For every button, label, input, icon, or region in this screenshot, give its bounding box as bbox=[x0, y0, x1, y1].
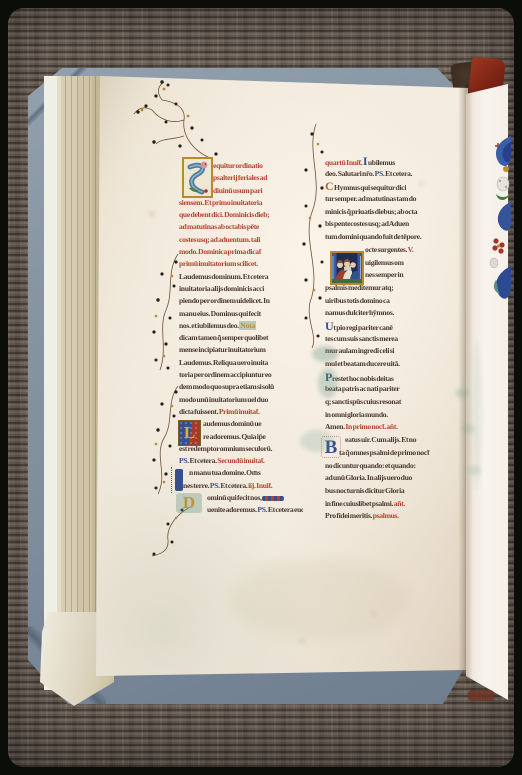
illuminated-initial-L: L bbox=[178, 420, 201, 446]
text-segment-ink: Hymnus qui sequitur dici bbox=[333, 183, 406, 192]
text-segment-ink: re adoremus. Quia ip̄e bbox=[203, 432, 266, 441]
text-segment-ink: in omni gloria mundo. bbox=[325, 410, 388, 419]
text-segment-ink: mul et beatam ducere uitā. bbox=[325, 359, 400, 368]
manuscript-text-line: no dicuntur quando: et quando: bbox=[325, 460, 455, 473]
text-segment-rubric: V. bbox=[408, 245, 414, 254]
text-segment-ink: bus nocturnis dicitur Gloria bbox=[325, 486, 404, 495]
text-segment-ink: piendo per ordinem uidelicet. In bbox=[179, 296, 270, 305]
text-segment-ink: Et cetera. bbox=[385, 169, 412, 178]
manuscript-text-line: tur semper. ad matutinas tam do bbox=[325, 193, 455, 206]
manuscript-text-line: tes cum suis sanctis merea bbox=[325, 333, 455, 346]
text-segment-ink: ta q̃ omnes psalmi de primo noct̄ bbox=[339, 448, 429, 457]
text-segment-rubric: Secundū inuitat̄. bbox=[217, 456, 264, 465]
manuscript-text-line: inuitatoria alijs dominicis acci bbox=[179, 283, 303, 295]
illuminated-initial-D: D bbox=[176, 493, 202, 513]
text-segment-blue: PS. bbox=[257, 505, 267, 514]
text-segment-rubric: psalterij feriales ad bbox=[213, 173, 267, 182]
text-segment-ink: modo unū inuitatorium uel duo bbox=[179, 395, 268, 404]
text-segment-ink: uiribus totis domino ca bbox=[325, 296, 390, 305]
text-segment-blue: PS. bbox=[375, 169, 385, 178]
text-segment-ink: Et cetera euouae. bbox=[268, 505, 303, 514]
text-segment-ink: uenite adoremus. bbox=[207, 505, 257, 514]
manuscript-text-line: dicta fuissent. Primū inuitat̄. bbox=[179, 406, 303, 418]
manuscript-text-line: costes usq; ad aduentum. tali bbox=[179, 234, 303, 246]
manuscript-text-line: C Hymnus qui sequitur dici bbox=[325, 180, 455, 193]
manuscript-text-line: mur aulam ingredi celi si bbox=[325, 345, 455, 358]
manuscript-text-line: namus dulciter hȳmnos. bbox=[325, 307, 455, 320]
illuminated-initial-S-dragon bbox=[182, 157, 213, 198]
text-segment-ink: restet hoc nobis deitas bbox=[332, 374, 393, 383]
text-segment-ink: manu eius. Dominus qui fecit bbox=[179, 309, 261, 318]
text-segment-ink: in fine cuiuslibet psalmi. bbox=[325, 499, 394, 508]
text-segment-ink: no dicuntur quando: et quando: bbox=[325, 461, 416, 470]
foxing-spot bbox=[300, 640, 304, 643]
text-segment-ink: ubilemus bbox=[367, 158, 395, 167]
text-segment-rubric: modo. Dominica prima dicat̄ bbox=[179, 247, 261, 256]
green-offset-stain bbox=[312, 346, 338, 362]
text-segment-rubric: Primū inuitat̄. bbox=[219, 407, 260, 416]
text-segment-ink: tes cum suis sanctis merea bbox=[325, 334, 398, 343]
manuscript-text-line: ta q̃ omnes psalmi de primo noct̄ bbox=[325, 447, 455, 460]
manuscript-text-line: Pro fidei meritis. psalmus. bbox=[325, 510, 455, 523]
text-segment-ink: nes semper in bbox=[365, 270, 403, 279]
text-segment-blue: PS. bbox=[210, 481, 220, 490]
text-segment-ink: n manu tua domine. Om̄s bbox=[189, 468, 260, 477]
text-segment-ink: Laudemus. Reliqua uero inuita bbox=[179, 358, 268, 367]
text-segment-rubric: iij. Inuit̄. bbox=[248, 481, 272, 490]
manuscript-text-line: q; sancti spūs cuius resonat bbox=[325, 396, 455, 409]
text-segment-ink: tum domini quando fuit de tēpore. bbox=[325, 232, 421, 241]
text-segment-ink: uigilemus om bbox=[365, 258, 404, 267]
text-segment-rubric: psalmus. bbox=[373, 511, 399, 520]
text-segment-ink: tur semper. ad matutinas tam do bbox=[325, 194, 416, 203]
text-segment-ink: Laudemus dominum. Et cetera bbox=[179, 272, 268, 281]
manuscript-text-line: quartū Inuit̄. I ubilemus bbox=[325, 155, 455, 168]
text-segment-rubric: equitur ordinatio bbox=[213, 161, 263, 170]
foxing-spot bbox=[420, 182, 423, 185]
manuscript-text-line: ad matutinas ab octabis pēte bbox=[179, 221, 303, 233]
historiated-initial-N-singing-monks bbox=[330, 251, 364, 285]
text-segment-rubric: In primo noct̄. añt. bbox=[345, 422, 397, 431]
text-segment-rubric: añt. bbox=[394, 499, 405, 508]
manuscript-text-line: mul et beatam ducere uitā. bbox=[325, 358, 455, 371]
text-segment-ink: dem modo quo supra etiam si solū bbox=[179, 382, 274, 391]
manuscript-text-line: Amen. In primo noct̄. añt. bbox=[325, 421, 455, 434]
foxing-spot bbox=[372, 612, 375, 615]
text-segment-ink: nos. et iubilemus deo. bbox=[179, 321, 239, 330]
photo-of-manuscript: equitur ordinatiopsalterij feriales addi… bbox=[0, 0, 522, 775]
manuscript-text-line: in fine cuiuslibet psalmi. añt. bbox=[325, 498, 455, 511]
manuscript-text-line: Laudemus. Reliqua uero inuita bbox=[179, 357, 303, 369]
text-segment-ink: mense incipiatur inuitatorium bbox=[179, 345, 266, 354]
text-segment-rubric: diuinū usum pari bbox=[213, 186, 262, 195]
manuscript-text-line: ad unū Gloria. In alijs uero duo bbox=[325, 472, 455, 485]
text-segment-ink: dicta fuissent. bbox=[179, 407, 219, 416]
manuscript-text-line: deo. Salutari nr̄o. PS. Et cetera. bbox=[325, 168, 455, 181]
manuscript-text-line: Ut pio regi pariter canē bbox=[325, 320, 455, 333]
foxing-spot bbox=[150, 212, 154, 216]
illuminated-initial-I bbox=[175, 469, 183, 491]
manuscript-text-line: Prestet hoc nobis deitas bbox=[325, 371, 455, 384]
manuscript-text-line: minicis q̃ priuatis diebus; ab octa bbox=[325, 206, 455, 219]
floral-border-fragment bbox=[482, 132, 512, 307]
green-offset-stain bbox=[318, 368, 338, 398]
text-segment-rubric: quartū Inuit̄. bbox=[325, 158, 363, 167]
manuscript-text-line: tum domini quando fuit de tēpore. bbox=[325, 231, 455, 244]
text-segment-rubric: costes usq; ad aduentum. tali bbox=[179, 235, 260, 244]
manuscript-text-line: bis pentecostes usq; ad Aduen bbox=[325, 218, 455, 231]
faint-show-through bbox=[472, 340, 482, 490]
manuscript-text-line: Laudemus dominum. Et cetera bbox=[179, 271, 303, 283]
text-segment-ink: fines terre. bbox=[179, 481, 210, 490]
ivy-spray-top-left bbox=[132, 80, 224, 168]
text-segment-ink: toria per ordinem accipiuntur eo bbox=[179, 370, 271, 379]
manuscript-text-line: que debent dici. Dominicis dieb; bbox=[179, 209, 303, 221]
book-page-edges bbox=[44, 76, 102, 690]
manuscript-text-line: in omni gloria mundo. bbox=[325, 409, 455, 422]
manuscript-text-line: modo unū inuitatorium uel duo bbox=[179, 394, 303, 406]
text-segment-ink: inuitatoria alijs dominicis acci bbox=[179, 284, 264, 293]
text-segment-ink: bis pentecostes usq; ad Aduen bbox=[325, 219, 409, 228]
text-segment-ink: q; sancti spūs cuius resonat bbox=[325, 397, 401, 406]
manuscript-text-line: mense incipiatur inuitatorium bbox=[179, 344, 303, 356]
text-segment-ink: dicam tamen q̃ semper quolibet bbox=[179, 333, 268, 342]
manuscript-text-line: eatus uir. Cum alijs. Et no bbox=[325, 434, 455, 447]
text-segment-ink: eatus uir. Cum alijs. Et no bbox=[345, 435, 416, 444]
text-segment-rubric: que debent dici. Dominicis dieb; bbox=[179, 210, 269, 219]
manuscript-text-line: PS. Et cetera. Secundū inuitat̄. bbox=[179, 455, 303, 467]
manuscript-text-line: n manu tua domine. Om̄s bbox=[179, 467, 303, 479]
green-offset-stain bbox=[300, 430, 334, 452]
manuscript-text-line: beata patris ac nati pariter bbox=[325, 383, 455, 396]
text-segment-rubric: primū inuitatorium scilicet. bbox=[179, 259, 258, 268]
manuscript-text-line: primū inuitatorium scilicet. bbox=[179, 258, 303, 270]
manuscript-text-line: toria per ordinem accipiuntur eo bbox=[179, 369, 303, 381]
text-segment-rubric: ad matutinas ab octabis pēte bbox=[179, 222, 259, 231]
manuscript-text-line: fines terre. PS. Et cetera. iij. Inuit̄. bbox=[179, 480, 303, 492]
text-segment-ink: Amen. bbox=[325, 422, 345, 431]
text-segment-blue: PS. bbox=[179, 456, 189, 465]
text-segment-ink: namus dulciter hȳmnos. bbox=[325, 308, 394, 317]
manuscript-text-line: piendo per ordinem uidelicet. In bbox=[179, 295, 303, 307]
manuscript-text-line: dicam tamen q̃ semper quolibet bbox=[179, 332, 303, 344]
text-segment-gold: Nota bbox=[239, 321, 255, 330]
text-segment-ink: audemus dominū ue bbox=[203, 419, 261, 428]
bookmark-tail bbox=[468, 690, 494, 701]
text-segment-ink: minicis q̃ priuatis diebus; ab octa bbox=[325, 207, 417, 216]
manuscript-text-line: manu eius. Dominus qui fecit bbox=[179, 308, 303, 320]
manuscript-text-line: nos. et iubilemus deo. Nota bbox=[179, 320, 303, 332]
text-segment-ink: t pio regi pariter canē bbox=[333, 323, 392, 332]
water-stain bbox=[230, 560, 410, 640]
manuscript-text-line: dem modo quo supra etiam si solū bbox=[179, 381, 303, 393]
text-segment-ink: octe surgentes. bbox=[365, 245, 408, 254]
manuscript-text-line: bus nocturnis dicitur Gloria bbox=[325, 485, 455, 498]
text-column-left: equitur ordinatiopsalterij feriales addi… bbox=[179, 160, 303, 517]
manuscript-text-line: uiribus totis domino ca bbox=[325, 295, 455, 308]
green-offset-stain bbox=[455, 388, 469, 398]
text-segment-filler bbox=[262, 496, 284, 501]
manuscript-text-line: modo. Dominica prima dicat̄ bbox=[179, 246, 303, 258]
text-segment-ink: Pro fidei meritis. bbox=[325, 511, 373, 520]
text-column-right: quartū Inuit̄. I ubilemusdeo. Salutari n… bbox=[325, 155, 455, 523]
text-segment-ink: deo. Salutari nr̄o. bbox=[325, 169, 375, 178]
text-segment-ink: ominū qui fecit nos, bbox=[207, 493, 262, 502]
text-segment-ink: Et cetera. bbox=[220, 481, 248, 490]
text-segment-ink: ad unū Gloria. In alijs uero duo bbox=[325, 473, 412, 482]
text-segment-ink: Et cetera. bbox=[189, 456, 217, 465]
